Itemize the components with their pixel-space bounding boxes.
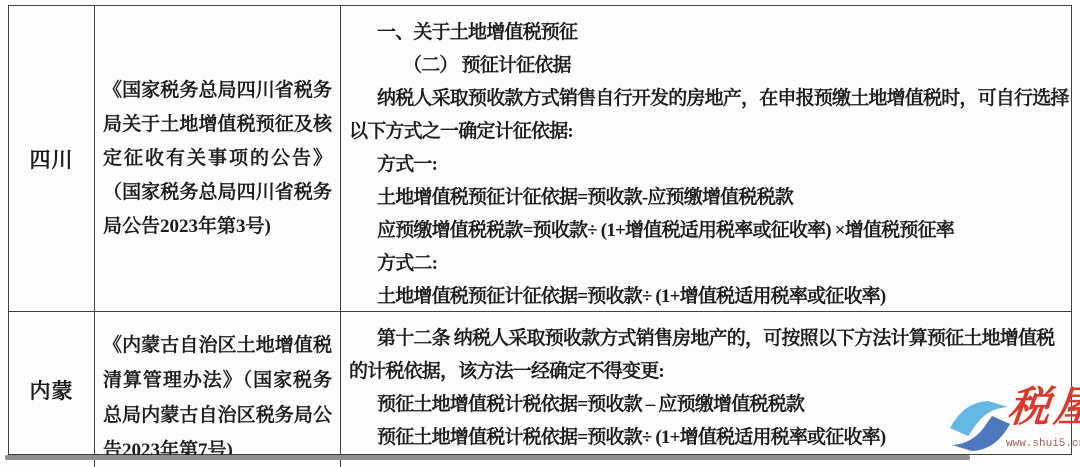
provision-line: 纳税人采取预收款方式销售自行开发的房地产，在申报预缴土地增值税时，可自行选择 xyxy=(349,82,1071,115)
provision-formula-line: 土地增值税预征计征依据=预收款÷ (1+增值税适用税率或征收率) xyxy=(349,280,1071,312)
document-title-line: 告2023年第7号) xyxy=(103,433,332,467)
document-title-line: （国家税务总局四川省税务 xyxy=(103,176,332,210)
document-title-line: 《内蒙古自治区土地增值税 xyxy=(103,328,332,363)
bottom-shadow-bar xyxy=(5,455,970,460)
shui5-url-text: www.shui5.cn xyxy=(1006,438,1080,450)
document-cell-neimeng: 《内蒙古自治区土地增值税 清算管理办法》（国家税务 总局内蒙古自治区税务局公 告… xyxy=(95,312,341,467)
provision-line: 的计税依据，该方法一经确定不得变更: xyxy=(349,355,1071,388)
provision-line: 一、关于土地增值税预征 xyxy=(349,16,1071,49)
region-cell-neimeng: 内蒙 xyxy=(9,312,95,467)
document-title-line: 定征收有关事项的公告》 xyxy=(103,142,332,176)
document-cell-sichuan: 《国家税务总局四川省税务 局关于土地增值税预征及核 定征收有关事项的公告》 （国… xyxy=(95,6,341,312)
provision-line: 第十二条 纳税人采取预收款方式销售房地产的，可按照以下方法计算预征土地增值税 xyxy=(349,322,1071,355)
provision-line: 以下方式之一确定计征依据: xyxy=(349,115,1071,148)
shui5-brand-text: 税屋 xyxy=(1005,384,1080,432)
document-title-line: 清算管理办法》（国家税务 xyxy=(103,363,332,398)
document-title-line: 局公告2023年第3号) xyxy=(103,210,332,244)
provision-line: 方式一: xyxy=(349,148,1071,181)
shui5-s-logo-icon xyxy=(948,396,1012,456)
provision-line: 方式二: xyxy=(349,247,1071,280)
document-title-line: 总局内蒙古自治区税务局公 xyxy=(103,398,332,433)
provision-line: （二） 预征计征依据 xyxy=(349,49,1071,82)
region-label: 四川 xyxy=(30,144,74,174)
provision-cell-sichuan: 一、关于土地增值税预征 （二） 预征计征依据 纳税人采取预收款方式销售自行开发的… xyxy=(341,6,1071,312)
document-title-line: 局关于土地增值税预征及核 xyxy=(103,108,332,142)
provision-formula-line: 应预缴增值税税款=预收款÷ (1+增值税适用税率或征收率) ×增值税预征率 xyxy=(349,214,1071,247)
region-label: 内蒙 xyxy=(30,375,74,405)
document-title-line: 《国家税务总局四川省税务 xyxy=(103,74,332,108)
shui5-watermark: 税屋 www.shui5.cn xyxy=(946,388,1080,460)
provision-formula-line: 土地增值税预征计征依据=预收款-应预缴增值税税款 xyxy=(349,181,1071,214)
region-cell-sichuan: 四川 xyxy=(9,6,95,312)
regulation-table: 四川 《国家税务总局四川省税务 局关于土地增值税预征及核 定征收有关事项的公告》… xyxy=(8,5,1072,455)
